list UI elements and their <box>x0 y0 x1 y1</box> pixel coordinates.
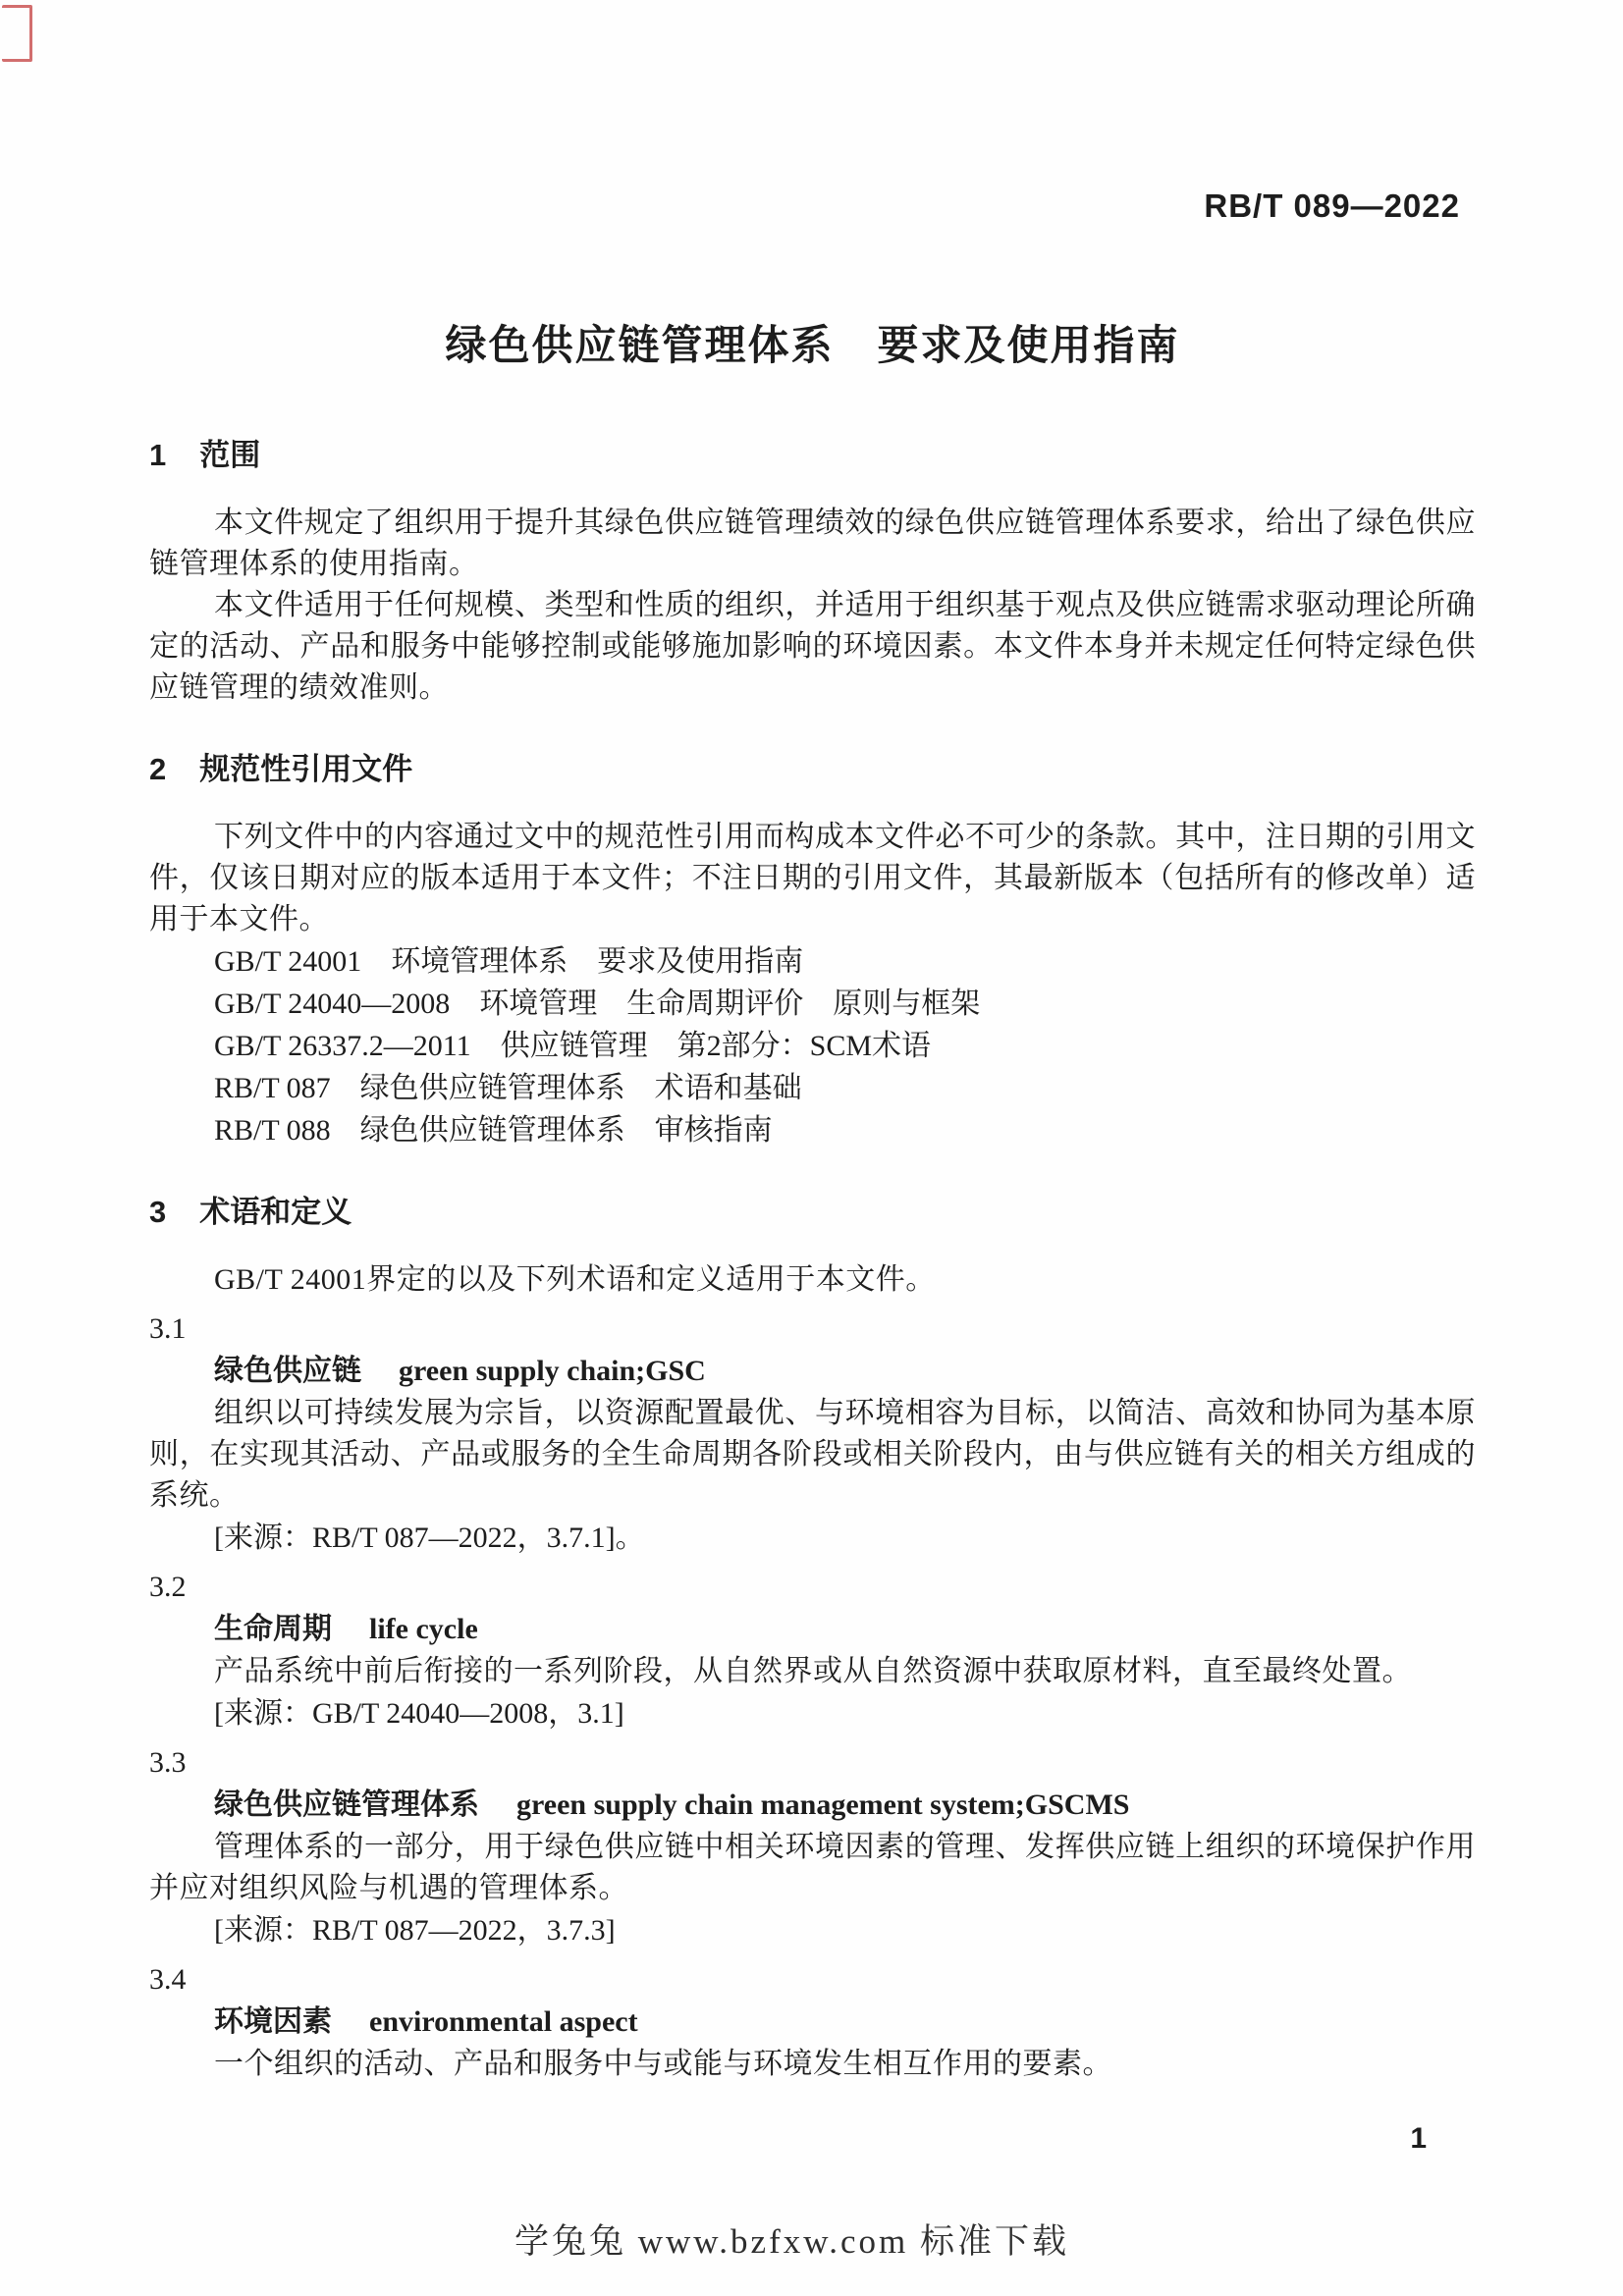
term-name-en: life cycle <box>369 1613 478 1645</box>
page-number: 1 <box>1410 2122 1427 2156</box>
section-1-number: 1 <box>149 434 166 477</box>
term-definition: 产品系统中前后衔接的一系列阶段，从自然界或从自然资源中获取原材料，直至最终处置。 <box>149 1651 1476 1692</box>
term-entry: 3.4 环境因素environmental aspect 一个组织的活动、产品和… <box>149 1959 1476 2085</box>
section-2-number: 2 <box>149 748 166 791</box>
section-3-intro: GB/T 24001界定的以及下列术语和定义适用于本文件。 <box>149 1259 1476 1301</box>
reference-item: RB/T 088 绿色供应链管理体系 审核指南 <box>149 1109 1476 1151</box>
section-3-heading: 3术语和定义 <box>149 1191 1476 1234</box>
normative-reference-list: GB/T 24001 环境管理体系 要求及使用指南 GB/T 24040—200… <box>149 940 1476 1151</box>
term-name-zh: 绿色供应链 <box>214 1355 361 1387</box>
term-id: 3.1 <box>149 1308 1476 1350</box>
term-id: 3.3 <box>149 1742 1476 1784</box>
term-name: 绿色供应链管理体系green supply chain management s… <box>149 1784 1476 1827</box>
term-name: 绿色供应链green supply chain;GSC <box>149 1350 1476 1393</box>
term-entry: 3.1 绿色供应链green supply chain;GSC 组织以可持续发展… <box>149 1308 1476 1559</box>
reference-item: GB/T 24040—2008 环境管理 生命周期评价 原则与框架 <box>149 983 1476 1025</box>
red-corner-mark <box>2 5 32 62</box>
page-content: RB/T 089—2022 绿色供应链管理体系 要求及使用指南 1范围 本文件规… <box>0 0 1623 2085</box>
section-1-paragraph-1: 本文件规定了组织用于提升其绿色供应链管理绩效的绿色供应链管理体系要求，给出了绿色… <box>149 503 1476 585</box>
section-2-title: 规范性引用文件 <box>199 752 412 786</box>
document-page: RB/T 089—2022 绿色供应链管理体系 要求及使用指南 1范围 本文件规… <box>0 0 1623 2296</box>
reference-item: GB/T 24001 环境管理体系 要求及使用指南 <box>149 940 1476 983</box>
watermark-footer: 学兔兔 www.bzfxw.com 标准下载 <box>0 2215 1584 2264</box>
term-entry: 3.3 绿色供应链管理体系green supply chain manageme… <box>149 1742 1476 1951</box>
section-2-heading: 2规范性引用文件 <box>149 748 1476 791</box>
term-name-zh: 绿色供应链管理体系 <box>214 1789 479 1821</box>
term-name-en: green supply chain management system;GSC… <box>516 1789 1129 1821</box>
term-name-zh: 环境因素 <box>214 2005 332 2038</box>
section-3-number: 3 <box>149 1191 166 1234</box>
section-2-intro: 下列文件中的内容通过文中的规范性引用而构成本文件必不可少的条款。其中，注日期的引… <box>149 817 1476 940</box>
section-3-title: 术语和定义 <box>199 1195 352 1229</box>
section-1-paragraph-2: 本文件适用于任何规模、类型和性质的组织，并适用于组织基于观点及供应链需求驱动理论… <box>149 585 1476 709</box>
standard-code: RB/T 089—2022 <box>149 0 1460 224</box>
term-id: 3.2 <box>149 1567 1476 1608</box>
term-name-en: green supply chain;GSC <box>399 1355 706 1387</box>
term-name: 环境因素environmental aspect <box>149 2001 1476 2044</box>
term-id: 3.4 <box>149 1959 1476 2001</box>
section-1-heading: 1范围 <box>149 434 1476 477</box>
term-source: [来源：GB/T 24040—2008，3.1] <box>149 1692 1476 1735</box>
term-definition: 管理体系的一部分，用于绿色供应链中相关环境因素的管理、发挥供应链上组织的环境保护… <box>149 1827 1476 1909</box>
reference-item: RB/T 087 绿色供应链管理体系 术语和基础 <box>149 1067 1476 1109</box>
document-title: 绿色供应链管理体系 要求及使用指南 <box>149 318 1476 373</box>
reference-item: GB/T 26337.2—2011 供应链管理 第2部分：SCM术语 <box>149 1025 1476 1067</box>
term-source: [来源：RB/T 087—2022，3.7.3] <box>149 1909 1476 1951</box>
term-entry: 3.2 生命周期life cycle 产品系统中前后衔接的一系列阶段，从自然界或… <box>149 1567 1476 1735</box>
term-definition: 组织以可持续发展为宗旨，以资源配置最优、与环境相容为目标，以简洁、高效和协同为基… <box>149 1393 1476 1517</box>
term-name-zh: 生命周期 <box>214 1613 332 1645</box>
term-definition: 一个组织的活动、产品和服务中与或能与环境发生相互作用的要素。 <box>149 2044 1476 2085</box>
term-name: 生命周期life cycle <box>149 1608 1476 1651</box>
section-1-title: 范围 <box>199 438 260 472</box>
term-name-en: environmental aspect <box>369 2005 638 2038</box>
term-source: [来源：RB/T 087—2022，3.7.1]。 <box>149 1517 1476 1559</box>
